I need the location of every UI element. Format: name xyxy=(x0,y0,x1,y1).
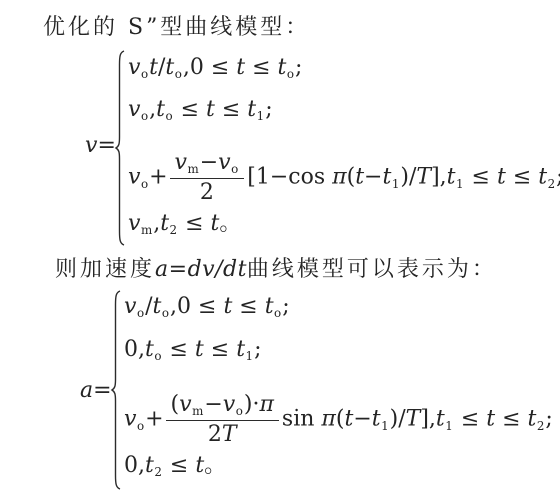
intro-inline-math: a=dv/dt xyxy=(155,257,247,282)
equation-case-row: vo+(vm−vo)·π2Tsin π(t−t1)/T],t1 ≤ t ≤ t2… xyxy=(124,392,553,447)
equation-case-row: vo+vm−vo2[1−cos π(t−t1)/T],t1 ≤ t ≤ t2; xyxy=(128,150,560,205)
equation-case-row: vm,t2 ≤ t。 xyxy=(128,210,241,238)
equation-case-row: vo/to,0 ≤ t ≤ to; xyxy=(124,293,290,321)
fraction: (vm−vo)·π2T xyxy=(166,392,279,447)
left-brace-icon xyxy=(113,50,127,246)
intro-text-post: 曲线模型可以表示为： xyxy=(247,257,497,282)
equation-case-row: vot/to,0 ≤ t ≤ to; xyxy=(128,54,302,82)
equation-case-row: 0,to ≤ t ≤ t1; xyxy=(124,336,262,364)
section-title: 优化的 S”型曲线模型： xyxy=(43,10,310,41)
intro-text-pre: 则加速度 xyxy=(55,257,155,282)
left-brace-icon xyxy=(109,290,123,490)
document-page: 优化的 S”型曲线模型： v= vot/to,0 ≤ t ≤ to; vo,to… xyxy=(0,0,560,492)
equation-case-row: 0,t2 ≤ t。 xyxy=(124,452,226,480)
equation-lhs-a: a= xyxy=(80,378,112,403)
equation-lhs-v: v= xyxy=(85,133,116,158)
fraction: vm−vo2 xyxy=(170,150,245,205)
equation-case-row: vo,to ≤ t ≤ t1; xyxy=(128,96,273,124)
acceleration-intro-text: 则加速度a=dv/dt曲线模型可以表示为： xyxy=(55,252,497,283)
